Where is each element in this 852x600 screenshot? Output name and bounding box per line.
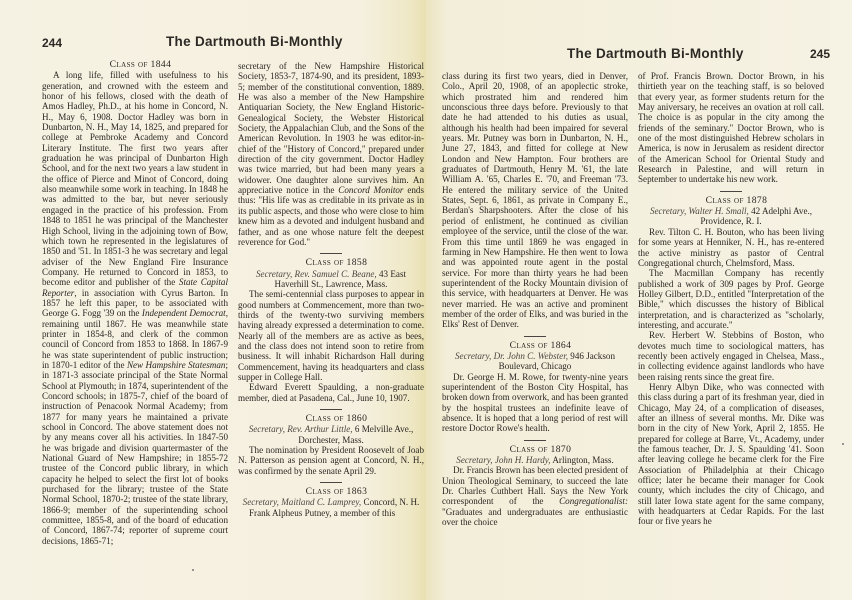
secretary-line: Secretary, Maitland C. Lamprey, Concord,… [238,497,424,507]
section-divider [320,253,342,254]
class-heading: Class of 1870 [442,445,628,455]
article-paragraph: Rev. Herbert W. Stebbins of Boston, who … [638,330,824,382]
class-heading: Class of 1863 [238,487,424,497]
article-paragraph: Henry Albyn Dike, who was connected with… [638,382,824,527]
running-head: The Dartmouth Bi-Monthly [166,34,343,49]
article-paragraph: A long life, filled with usefulness to h… [42,70,228,546]
left-page: 244 The Dartmouth Bi-Monthly Class of 18… [0,0,426,600]
section-divider [320,409,342,410]
left-column-2: secretary of the New Hampshire Historica… [238,61,424,518]
article-paragraph: Frank Alpheus Putney, a member of this [238,508,424,518]
page-number: 245 [810,47,830,61]
right-column-2: of Prof. Francis Brown. Doctor Brown, in… [638,71,824,527]
print-fleck [842,443,844,445]
publication-title: New Hampshire Statesman [127,360,226,370]
article-paragraph: Edward Everett Spaulding, a non-graduate… [238,382,424,403]
right-column-1: class during its first two years, died i… [442,71,628,527]
article-paragraph: Dr. George H. M. Rowe, for twenty-nine y… [442,372,628,434]
left-column-1: Class of 1844 A long life, filled with u… [42,60,228,546]
page-number: 244 [42,36,62,50]
secretary-line: Secretary, Rev. Arthur Little, 6 Melvill… [238,424,424,445]
publication-title: Concord Monitor [338,185,403,195]
article-paragraph: of Prof. Francis Brown. Doctor Brown, in… [638,71,824,185]
section-divider [524,336,546,337]
article-paragraph: class during its first two years, died i… [442,71,628,330]
article-paragraph: Dr. Francis Brown has been elected presi… [442,465,628,527]
secretary-line: Secretary, Rev. Samuel C. Beane, 43 East… [238,269,424,290]
class-heading: Class of 1844 [42,60,228,70]
right-page: The Dartmouth Bi-Monthly 245 class durin… [426,0,852,600]
article-paragraph: The semi-centennial class purposes to ap… [238,289,424,382]
class-heading: Class of 1864 [442,341,628,351]
class-heading: Class of 1878 [638,196,824,206]
section-divider [720,191,742,192]
print-fleck [192,569,194,571]
secretary-line: Secretary, Dr. John C. Webster, 946 Jack… [442,351,628,372]
running-head: The Dartmouth Bi-Monthly [567,46,744,61]
class-heading: Class of 1858 [238,258,424,268]
article-paragraph: The Macmillan Company has recently publi… [638,268,824,330]
article-paragraph: Rev. Tilton C. H. Bouton, who has been l… [638,227,824,268]
secretary-line: Secretary, John H. Hardy, Arlington, Mas… [442,455,628,465]
section-divider [320,482,342,483]
article-paragraph: secretary of the New Hampshire Historica… [238,61,424,247]
section-divider [524,440,546,441]
publication-title: Congregationalist: [559,496,628,506]
article-paragraph: The nomination by President Roosevelt of… [238,445,424,476]
secretary-line: Secretary, Walter H. Small, 42 Adelphi A… [638,206,824,227]
publication-title: Independent Democrat [142,308,226,318]
class-heading: Class of 1860 [238,414,424,424]
